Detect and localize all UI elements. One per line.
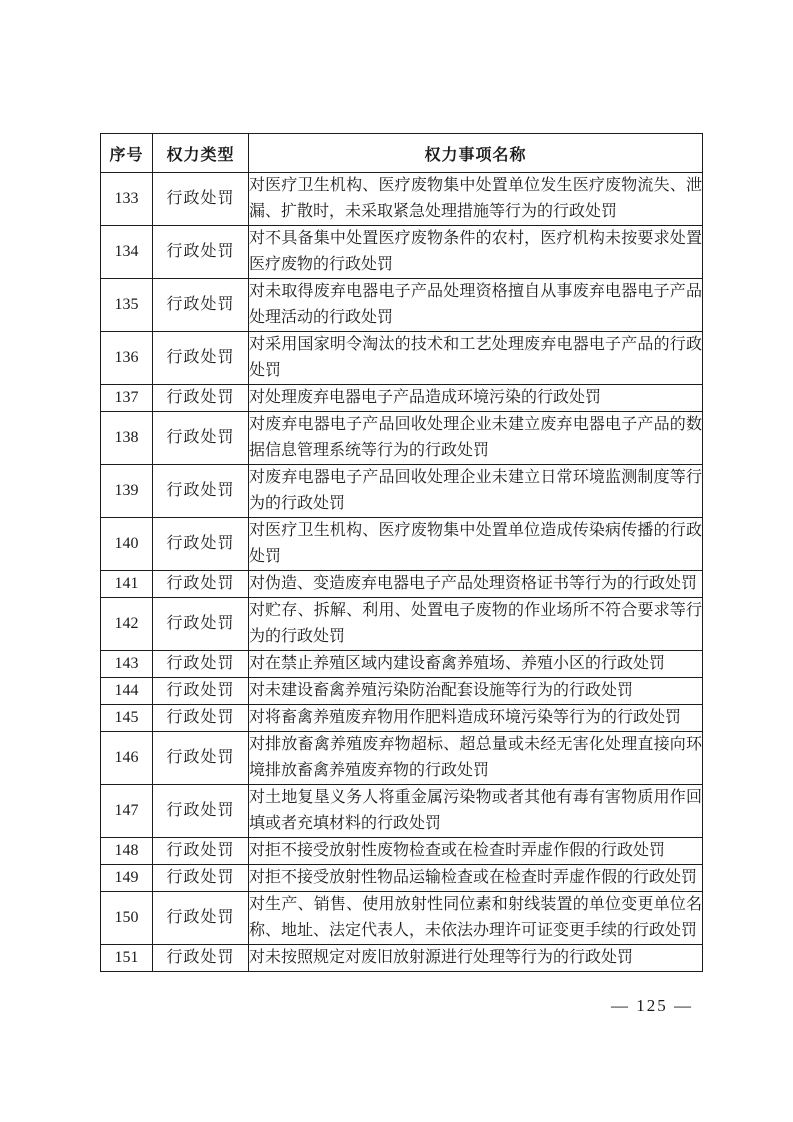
row-power-type: 行政处罚 [153, 518, 249, 571]
row-serial-number: 138 [101, 412, 153, 465]
row-power-type: 行政处罚 [153, 465, 249, 518]
row-serial-number: 143 [101, 651, 153, 678]
table-row: 148行政处罚对拒不接受放射性废物检查或在检查时弄虚作假的行政处罚 [101, 838, 703, 865]
table-header: 序号 权力类型 权力事项名称 [101, 134, 703, 173]
row-power-item-name: 对拒不接受放射性物品运输检查或在检查时弄虚作假的行政处罚 [249, 865, 703, 892]
row-power-type: 行政处罚 [153, 785, 249, 838]
row-power-type: 行政处罚 [153, 945, 249, 972]
row-power-item-name: 对拒不接受放射性废物检查或在检查时弄虚作假的行政处罚 [249, 838, 703, 865]
row-power-item-name: 对废弃电器电子产品回收处理企业未建立废弃电器电子产品的数据信息管理系统等行为的行… [249, 412, 703, 465]
table-row: 140行政处罚对医疗卫生机构、医疗废物集中处置单位造成传染病传播的行政处罚 [101, 518, 703, 571]
row-power-type: 行政处罚 [153, 651, 249, 678]
table-body: 133行政处罚对医疗卫生机构、医疗废物集中处置单位发生医疗废物流失、泄漏、扩散时… [101, 173, 703, 972]
table-row: 138行政处罚对废弃电器电子产品回收处理企业未建立废弃电器电子产品的数据信息管理… [101, 412, 703, 465]
row-power-item-name: 对土地复垦义务人将重金属污染物或者其他有毒有害物质用作回填或者充填材料的行政处罚 [249, 785, 703, 838]
row-serial-number: 148 [101, 838, 153, 865]
table-row: 145行政处罚对将畜禽养殖废弃物用作肥料造成环境污染等行为的行政处罚 [101, 705, 703, 732]
row-serial-number: 150 [101, 892, 153, 945]
table-row: 144行政处罚对未建设畜禽养殖污染防治配套设施等行为的行政处罚 [101, 678, 703, 705]
row-serial-number: 147 [101, 785, 153, 838]
row-serial-number: 149 [101, 865, 153, 892]
col-header-power-type: 权力类型 [153, 134, 249, 173]
row-power-type: 行政处罚 [153, 865, 249, 892]
row-power-item-name: 对伪造、变造废弃电器电子产品处理资格证书等行为的行政处罚 [249, 571, 703, 598]
table-row: 139行政处罚对废弃电器电子产品回收处理企业未建立日常环境监测制度等行为的行政处… [101, 465, 703, 518]
table-row: 141行政处罚对伪造、变造废弃电器电子产品处理资格证书等行为的行政处罚 [101, 571, 703, 598]
row-power-type: 行政处罚 [153, 279, 249, 332]
row-power-type: 行政处罚 [153, 332, 249, 385]
row-serial-number: 144 [101, 678, 153, 705]
row-serial-number: 140 [101, 518, 153, 571]
col-header-serial-number: 序号 [101, 134, 153, 173]
row-serial-number: 142 [101, 598, 153, 651]
power-items-table: 序号 权力类型 权力事项名称 133行政处罚对医疗卫生机构、医疗废物集中处置单位… [100, 133, 703, 972]
row-serial-number: 146 [101, 732, 153, 785]
row-power-item-name: 对未取得废弃电器电子产品处理资格擅自从事废弃电器电子产品处理活动的行政处罚 [249, 279, 703, 332]
row-power-type: 行政处罚 [153, 678, 249, 705]
row-power-type: 行政处罚 [153, 412, 249, 465]
row-power-item-name: 对未建设畜禽养殖污染防治配套设施等行为的行政处罚 [249, 678, 703, 705]
row-serial-number: 133 [101, 173, 153, 226]
row-serial-number: 141 [101, 571, 153, 598]
page-number: — 125 — [611, 995, 693, 1017]
row-power-item-name: 对未按照规定对废旧放射源进行处理等行为的行政处罚 [249, 945, 703, 972]
table-row: 136行政处罚对采用国家明令淘汰的技术和工艺处理废弃电器电子产品的行政处罚 [101, 332, 703, 385]
row-power-item-name: 对生产、销售、使用放射性同位素和射线装置的单位变更单位名称、地址、法定代表人，未… [249, 892, 703, 945]
table-row: 135行政处罚对未取得废弃电器电子产品处理资格擅自从事废弃电器电子产品处理活动的… [101, 279, 703, 332]
table-row: 133行政处罚对医疗卫生机构、医疗废物集中处置单位发生医疗废物流失、泄漏、扩散时… [101, 173, 703, 226]
col-header-power-item-name: 权力事项名称 [249, 134, 703, 173]
table-row: 146行政处罚对排放畜禽养殖废弃物超标、超总量或未经无害化处理直接向环境排放畜禽… [101, 732, 703, 785]
row-power-item-name: 对将畜禽养殖废弃物用作肥料造成环境污染等行为的行政处罚 [249, 705, 703, 732]
row-power-type: 行政处罚 [153, 892, 249, 945]
table-row: 143行政处罚对在禁止养殖区域内建设畜禽养殖场、养殖小区的行政处罚 [101, 651, 703, 678]
row-power-item-name: 对医疗卫生机构、医疗废物集中处置单位发生医疗废物流失、泄漏、扩散时，未采取紧急处… [249, 173, 703, 226]
table-row: 150行政处罚对生产、销售、使用放射性同位素和射线装置的单位变更单位名称、地址、… [101, 892, 703, 945]
row-serial-number: 151 [101, 945, 153, 972]
row-power-item-name: 对废弃电器电子产品回收处理企业未建立日常环境监测制度等行为的行政处罚 [249, 465, 703, 518]
table-row: 134行政处罚对不具备集中处置医疗废物条件的农村，医疗机构未按要求处置医疗废物的… [101, 226, 703, 279]
row-serial-number: 139 [101, 465, 153, 518]
row-power-item-name: 对采用国家明令淘汰的技术和工艺处理废弃电器电子产品的行政处罚 [249, 332, 703, 385]
row-power-item-name: 对处理废弃电器电子产品造成环境污染的行政处罚 [249, 385, 703, 412]
table-row: 142行政处罚对贮存、拆解、利用、处置电子废物的作业场所不符合要求等行为的行政处… [101, 598, 703, 651]
row-power-type: 行政处罚 [153, 705, 249, 732]
row-power-type: 行政处罚 [153, 732, 249, 785]
row-power-type: 行政处罚 [153, 571, 249, 598]
row-power-type: 行政处罚 [153, 838, 249, 865]
table-row: 151行政处罚对未按照规定对废旧放射源进行处理等行为的行政处罚 [101, 945, 703, 972]
table-row: 149行政处罚对拒不接受放射性物品运输检查或在检查时弄虚作假的行政处罚 [101, 865, 703, 892]
table-row: 147行政处罚对土地复垦义务人将重金属污染物或者其他有毒有害物质用作回填或者充填… [101, 785, 703, 838]
row-serial-number: 137 [101, 385, 153, 412]
row-serial-number: 136 [101, 332, 153, 385]
row-serial-number: 134 [101, 226, 153, 279]
document-page: 序号 权力类型 权力事项名称 133行政处罚对医疗卫生机构、医疗废物集中处置单位… [0, 0, 793, 1122]
row-power-item-name: 对在禁止养殖区域内建设畜禽养殖场、养殖小区的行政处罚 [249, 651, 703, 678]
table-header-row: 序号 权力类型 权力事项名称 [101, 134, 703, 173]
row-power-type: 行政处罚 [153, 385, 249, 412]
row-power-type: 行政处罚 [153, 226, 249, 279]
row-power-item-name: 对不具备集中处置医疗废物条件的农村，医疗机构未按要求处置医疗废物的行政处罚 [249, 226, 703, 279]
row-power-item-name: 对贮存、拆解、利用、处置电子废物的作业场所不符合要求等行为的行政处罚 [249, 598, 703, 651]
table-row: 137行政处罚对处理废弃电器电子产品造成环境污染的行政处罚 [101, 385, 703, 412]
row-serial-number: 145 [101, 705, 153, 732]
row-power-type: 行政处罚 [153, 173, 249, 226]
row-power-item-name: 对医疗卫生机构、医疗废物集中处置单位造成传染病传播的行政处罚 [249, 518, 703, 571]
row-power-item-name: 对排放畜禽养殖废弃物超标、超总量或未经无害化处理直接向环境排放畜禽养殖废弃物的行… [249, 732, 703, 785]
row-serial-number: 135 [101, 279, 153, 332]
row-power-type: 行政处罚 [153, 598, 249, 651]
